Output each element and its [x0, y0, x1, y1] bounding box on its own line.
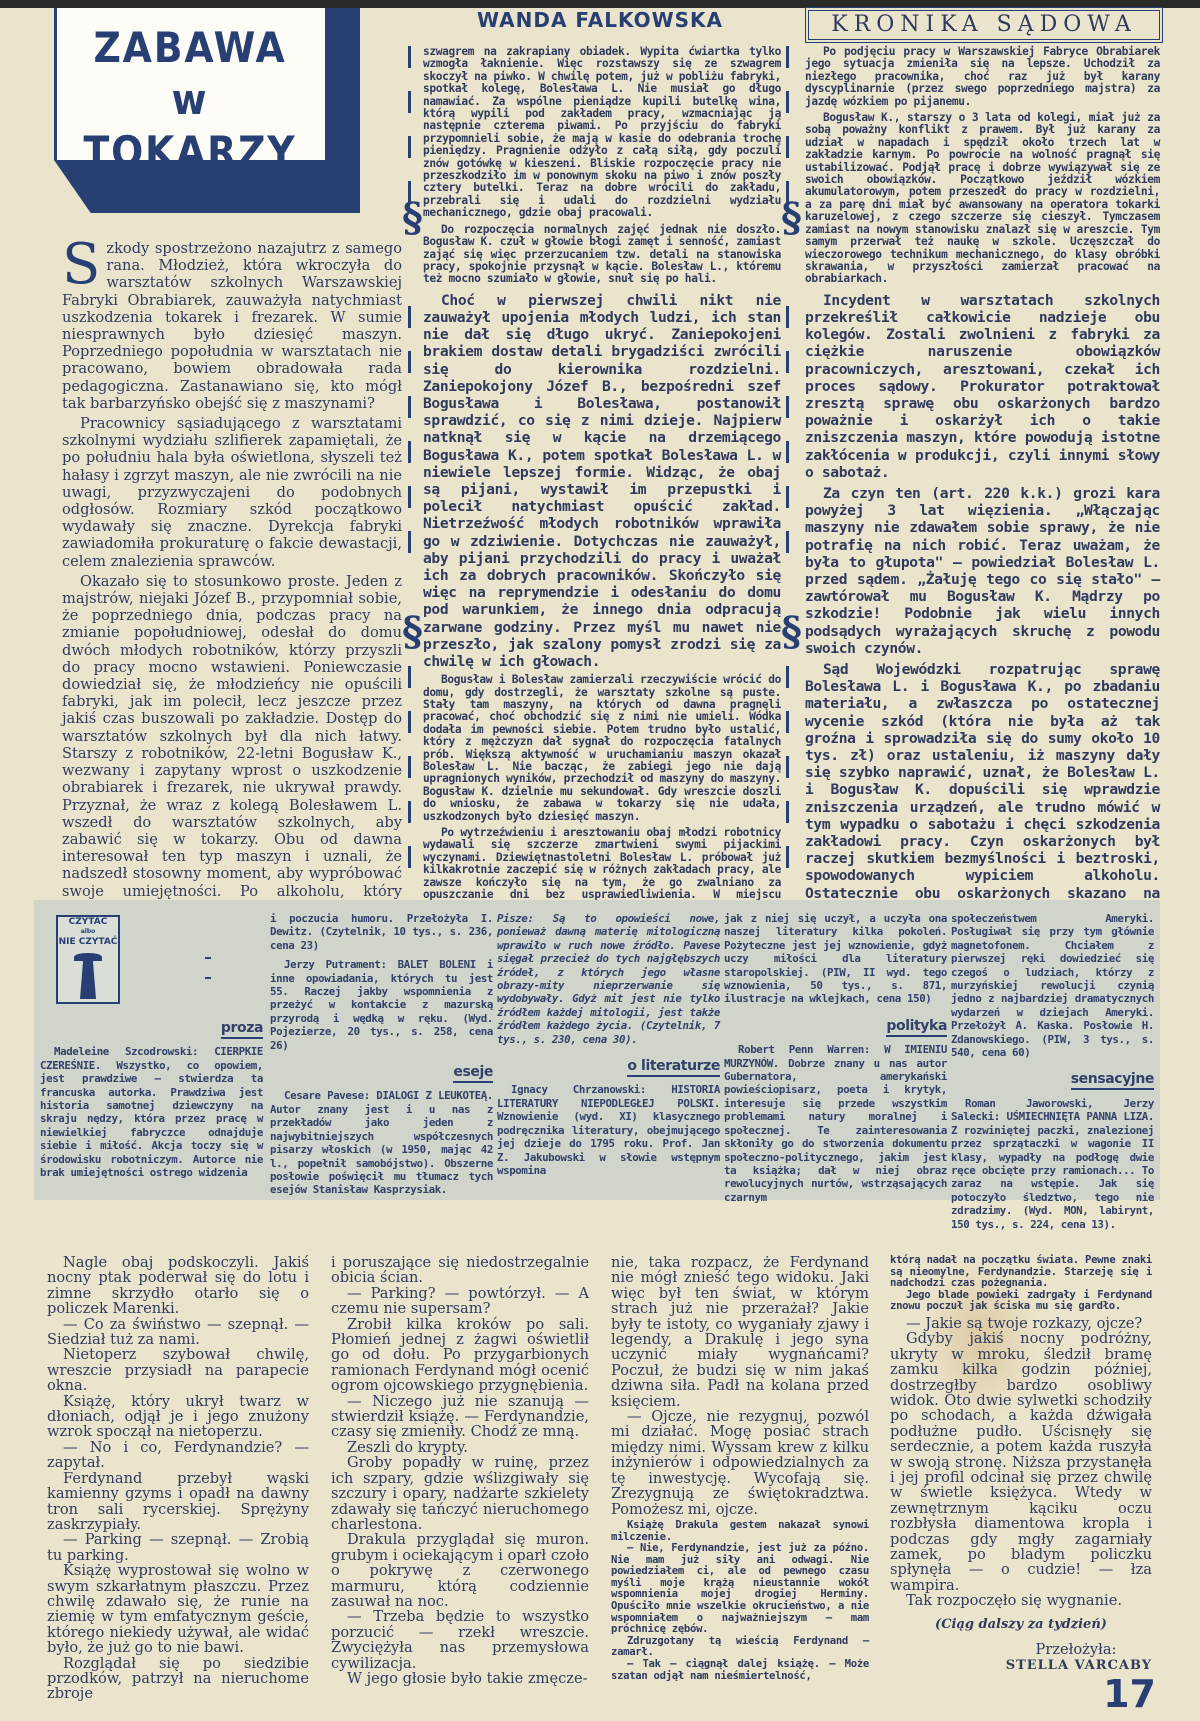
paragraph: Rozglądał się po siedzibie przodków, pat… — [47, 1656, 309, 1702]
paragraph: Tak rozpoczęło się wygnanie. — [890, 1593, 1152, 1608]
paragraph-sign-icon: § — [402, 612, 423, 652]
title-line-1: ZABAWA — [71, 22, 309, 74]
paragraph: Groby popadły w ruinę, przez ich szpary,… — [331, 1455, 589, 1532]
paragraph: — Nie, Ferdynandzie, jest już za późno. … — [611, 1543, 869, 1636]
author-name: WANDA FALKOWSKA — [440, 8, 760, 32]
paragraph-sign-icon: § — [781, 612, 802, 652]
paragraph: Zrobił kilka kroków po sali. Płomień jed… — [331, 1317, 589, 1394]
translator-name: STELLA VARCABY — [890, 1658, 1152, 1673]
logo-text: CZYTAĆ — [58, 917, 118, 927]
paragraph: i poruszające się niedostrzegalnie obici… — [331, 1255, 589, 1286]
review-item: Robert Penn Warren: W IMIENIU MURZYNÓW. … — [724, 1043, 947, 1204]
category-polityka: polityka — [886, 1018, 947, 1037]
figure-icon — [80, 959, 96, 999]
section-title: KRONIKA SĄDOWA — [808, 10, 1160, 40]
review-item: i poczucia humoru. Przełożyła I. Dewitz.… — [270, 912, 493, 952]
article-column-1: Szkody spostrzeżono nazajutrz z samego r… — [62, 240, 402, 966]
review-item: Ignacy Chrzanowski: HISTORIA LITERATURY … — [497, 1083, 720, 1177]
paragraph: — Jakie są twoje rozkazy, ojcze? — [890, 1316, 1152, 1331]
paragraph: Nietoperz szybował chwilę, wreszcie przy… — [47, 1347, 309, 1393]
paragraph: Po podjęciu pracy w Warszawskiej Fabryce… — [805, 46, 1160, 108]
page-number: 17 — [1103, 1672, 1156, 1716]
article-column-2: szwagrem na zakrapiany obiadek. Wypita ć… — [423, 46, 781, 930]
paragraph: którą nadał na początku świata. Pewne zn… — [890, 1255, 1152, 1290]
serial-column-3: nie, taka rozpacz, że Ferdynand nie mógł… — [611, 1255, 869, 1682]
paragraph: zkody spostrzeżono nazajutrz z samego ra… — [62, 240, 402, 412]
article-title: ZABAWA w TOKARZY — [71, 22, 309, 178]
review-item: Cesare Pavese: DIALOGI Z LEUKOTEĄ. Autor… — [270, 1089, 493, 1196]
title-line-2: w TOKARZY — [71, 74, 309, 178]
category-proza: proza — [221, 1020, 263, 1039]
paragraph: — Parking? — powtórzył. — A czemu nie su… — [331, 1286, 589, 1317]
paragraph: — Ojcze, nie rezygnuj, pozwól mi działać… — [611, 1409, 869, 1517]
decorative-dash — [205, 957, 211, 959]
paragraph: Do rozpoczęcia normalnych zajęć jednak n… — [423, 224, 781, 286]
czytac-logo: CZYTAĆ albo NIE CZYTAĆ — [56, 915, 120, 1004]
continued-note: (Ciąg dalszy za tydzień) — [890, 1617, 1152, 1632]
logo-text: NIE CZYTAĆ — [58, 937, 118, 947]
review-item: jak z niej się uczył, a uczyła ona nasze… — [724, 912, 947, 1006]
paragraph: szwagrem na zakrapiany obiadek. Wypita ć… — [423, 46, 781, 220]
paragraph: Książę wyprostował się wolno w swym szka… — [47, 1563, 309, 1655]
paragraph: — Parking — szepnął. — Zrobią tu parking… — [47, 1532, 309, 1563]
translator-label: Przełożyła: — [890, 1642, 1152, 1657]
paragraph-sign-icon: § — [402, 198, 423, 238]
serial-column-4: którą nadał na początku świata. Pewne zn… — [890, 1255, 1152, 1673]
decorative-dash — [205, 977, 211, 979]
serial-column-1: Nagle obaj podskoczyli. Jakiś nocny ptak… — [47, 1255, 309, 1702]
paragraph: Ferdynand przebył wąski kamienny gzyms i… — [47, 1471, 309, 1533]
paragraph: — Co za świństwo — szepnął. — Siedział t… — [47, 1317, 309, 1348]
review-item: Jerzy Putrament: BALET BOLENI i inne opo… — [270, 958, 493, 1052]
paragraph: nie, taka rozpacz, że Ferdynand nie mógł… — [611, 1255, 869, 1409]
paragraph: Bogusław i Bolesław zamierzali rzeczywiś… — [423, 674, 781, 823]
paragraph: — Trzeba będzie to wszystko porzucić — r… — [331, 1609, 589, 1671]
paragraph-sign-icon: § — [781, 198, 802, 238]
page-top-edge — [0, 0, 1200, 8]
paragraph: W jego głosie było takie zmęcze- — [331, 1671, 589, 1686]
paragraph: — Niczego już nie szanują — stwierdził k… — [331, 1394, 589, 1440]
paragraph: — Tak — ciągnął dalej książę. — Może sza… — [611, 1659, 869, 1682]
paragraph: Książę Drakula gestem nakazał synowi mil… — [611, 1520, 869, 1543]
category-sensacyjne: sensacyjne — [1071, 1071, 1154, 1090]
category-o-literaturze: o literaturze — [627, 1058, 720, 1077]
gutter-rule-right — [783, 46, 793, 866]
paragraph: Bogusław K., starszy o 3 lata od kolegi,… — [805, 112, 1160, 286]
review-item: Roman Jaworowski, Jerzy Salecki: UŚMIECH… — [951, 1097, 1154, 1231]
paragraph: Książę, który ukrył twarz w dłoniach, od… — [47, 1394, 309, 1440]
paragraph: Za czyn ten (art. 220 k.k.) grozi kara p… — [805, 485, 1160, 657]
logo-text: albo — [58, 927, 118, 937]
category-eseje: eseje — [453, 1064, 493, 1083]
paragraph: Jego blade powieki zadrgały i Ferdynand … — [890, 1290, 1152, 1313]
review-column-3: Pisze: Są to opowieści nowe, ponieważ da… — [497, 912, 720, 1183]
review-column-4: jak z niej się uczył, a uczyła ona nasze… — [724, 912, 947, 1210]
paragraph: Drakula przyglądał się muron. grubym i o… — [331, 1532, 589, 1609]
review-column-1: proza Madeleine Szcodrowski: CIERPKIE CZ… — [40, 1022, 263, 1185]
paragraph: Zeszli do krypty. — [331, 1440, 589, 1455]
paragraph: Choć w pierwszej chwili nikt nie zauważy… — [423, 292, 781, 670]
paragraph: — No i co, Ferdynandzie? — zapytał. — [47, 1440, 309, 1471]
paragraph: Zdruzgotany tą wieścią Ferdynand — zamar… — [611, 1636, 869, 1659]
review-item: Madeleine Szcodrowski: CIERPKIE CZEREŚNI… — [40, 1045, 263, 1179]
paragraph: Incydent w warsztatach szkolnych przekre… — [805, 292, 1160, 481]
paragraph: Okazało się to stosunkowo proste. Jeden … — [62, 573, 402, 934]
gutter-rule-left — [405, 46, 415, 866]
drop-cap: S — [62, 242, 100, 288]
serial-column-2: i poruszające się niedostrzegalnie obici… — [331, 1255, 589, 1686]
review-column-5: społeczeństwem Ameryki. Posługiwał się p… — [951, 912, 1154, 1237]
review-column-2: i poczucia humoru. Przełożyła I. Dewitz.… — [270, 912, 493, 1203]
paragraph: Gdyby jakiś nocny podróżny, ukryty w mro… — [890, 1331, 1152, 1593]
paragraph: Pracownicy sąsiadującego z warsztatami s… — [62, 415, 402, 570]
review-item: Pisze: Są to opowieści nowe, ponieważ da… — [497, 912, 720, 1046]
review-item: społeczeństwem Ameryki. Posługiwał się p… — [951, 912, 1154, 1059]
paragraph: Nagle obaj podskoczyli. Jakiś nocny ptak… — [47, 1255, 309, 1317]
